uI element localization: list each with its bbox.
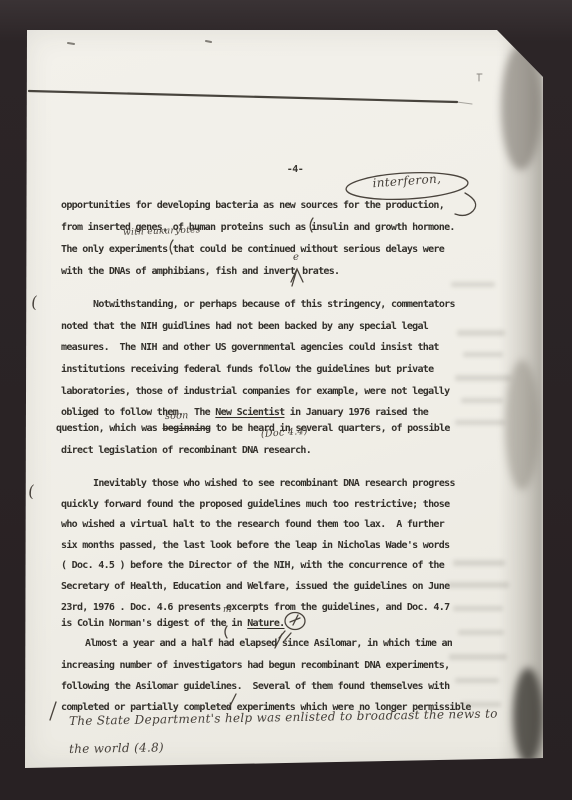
- annotation-soon: soon: [165, 410, 189, 422]
- struck-through-text: beginning: [162, 423, 210, 434]
- ghost-text-smear: [457, 330, 505, 336]
- typed-line: with the DNAs of amphibians, fish and in…: [61, 265, 339, 278]
- ghost-text-smear: [453, 560, 505, 566]
- faint-corner-mark: [477, 74, 482, 81]
- underlined-text: New Scientist: [215, 407, 284, 418]
- text-segment: question, which was: [56, 423, 162, 434]
- annotation-interferon: interferon,: [347, 170, 468, 192]
- ghost-text-smear: [453, 606, 503, 611]
- typed-line: Almost a year and a half had elapsed sin…: [85, 637, 452, 650]
- ghost-text-smear: [455, 678, 499, 683]
- toner-smudge-bottom: [513, 668, 543, 764]
- typed-line: laboratories, those of industrial compan…: [61, 385, 449, 398]
- typed-line: Secretary of Health, Education and Welfa…: [61, 580, 449, 593]
- ghost-text-smear: [451, 282, 495, 287]
- interferon-tail: [455, 193, 476, 215]
- dust-specks: [68, 41, 211, 44]
- ghost-text-smear: [455, 420, 505, 425]
- text-segment: institutions receiving federal funds fol…: [61, 364, 433, 375]
- text-segment: following the Asilomar guidelines. Sever…: [61, 681, 449, 692]
- typed-line: from inserted genes, of human proteins s…: [61, 221, 455, 234]
- typed-line: is Colin Norman's digest of the in Natur…: [61, 617, 284, 630]
- text-segment: from inserted genes, of human proteins s…: [61, 222, 455, 233]
- text-segment: 23rd, 1976 . Doc. 4.6 presents excerpts …: [61, 602, 449, 613]
- text-segment: Secretary of Health, Education and Welfa…: [61, 581, 449, 592]
- typed-line: direct legislation of recombinant DNA re…: [61, 444, 311, 457]
- ghost-text-smear: [461, 702, 501, 707]
- text-segment: in January 1976 raised the: [284, 407, 428, 418]
- annotation-doc-4-4: (Doc 4.4): [261, 426, 309, 440]
- text-segment: ( Doc. 4.5 ) before the Director of the …: [61, 560, 444, 571]
- ghost-text-smear: [461, 398, 503, 403]
- text-segment: increasing number of investigators had b…: [61, 660, 449, 671]
- margin-paren-2: (: [27, 481, 35, 501]
- text-segment: is Colin Norman's digest of the: [61, 618, 226, 629]
- text-segment: Notwithstanding, or perhaps because of t…: [93, 299, 455, 310]
- page-number: -4-: [277, 164, 313, 175]
- ghost-text-smear: [458, 630, 504, 635]
- circled-x-mark: [285, 613, 305, 630]
- annotation-with-eukaryotes: with eukaryotes: [123, 225, 201, 238]
- ghost-text-smear: [463, 352, 503, 357]
- text-segment: direct legislation of recombinant DNA re…: [61, 445, 311, 456]
- text-segment: obliged to follow them. The: [61, 407, 215, 418]
- margin-tick-bottom: [50, 702, 56, 720]
- margin-paren-1: (: [30, 292, 38, 312]
- text-segment: six months passed, the last look before …: [61, 540, 449, 551]
- scan-line-fade: [457, 102, 472, 104]
- annotation-inserted-e: e: [293, 252, 299, 263]
- typed-line: ( Doc. 4.5 ) before the Director of the …: [61, 559, 444, 572]
- text-segment: quickly forward found the proposed guide…: [61, 499, 449, 510]
- text-segment: Almost a year and a half had elapsed sin…: [85, 638, 452, 649]
- typed-line: noted that the NIH guidlines had not bee…: [61, 320, 428, 333]
- text-segment: The only experiments that could be conti…: [61, 244, 444, 255]
- annotation-state-department-line2: the world (4.8): [69, 740, 164, 756]
- text-segment: in: [226, 618, 247, 629]
- typed-line: who wished a virtual halt to the researc…: [61, 518, 444, 531]
- typed-line: quickly forward found the proposed guide…: [61, 498, 449, 511]
- text-segment: with the DNAs of amphibians, fish and in…: [61, 266, 295, 277]
- toner-smudge-middle: [505, 360, 539, 490]
- underlined-text: Nature.: [247, 618, 284, 629]
- text-segment: noted that the NIH guidlines had not bee…: [61, 321, 428, 332]
- typed-line: question, which was beginning to be hear…: [56, 422, 450, 435]
- text-segment: measures. The NIH and other US governmen…: [61, 342, 439, 353]
- photo-of-document: { "page": { "number": "-4-", "typed_line…: [0, 0, 572, 800]
- text-segment: who wished a virtual halt to the researc…: [61, 519, 444, 530]
- annotation-inserted-m: m: [223, 605, 232, 615]
- typed-line: 23rd, 1976 . Doc. 4.6 presents excerpts …: [61, 601, 449, 614]
- typed-line: Inevitably those who wished to see recom…: [93, 477, 455, 490]
- text-segment: brates.: [302, 266, 339, 277]
- text-segment: laboratories, those of industrial compan…: [61, 386, 449, 397]
- document-page: -4- opportunities for developing bacteri…: [25, 30, 543, 768]
- typed-line: opportunities for developing bacteria as…: [61, 199, 444, 212]
- text-segment: opportunities for developing bacteria as…: [61, 200, 444, 211]
- typed-line: six months passed, the last look before …: [61, 539, 449, 552]
- typed-line: The only experiments that could be conti…: [61, 243, 444, 256]
- typed-line: increasing number of investigators had b…: [61, 659, 449, 672]
- typed-line: following the Asilomar guidelines. Sever…: [61, 680, 449, 693]
- typed-line: Notwithstanding, or perhaps because of t…: [93, 298, 455, 311]
- text-segment: Inevitably those who wished to see recom…: [93, 478, 455, 489]
- typed-line: measures. The NIH and other US governmen…: [61, 341, 439, 354]
- toner-smudge-top: [501, 45, 541, 170]
- text-segment: to be heard in several quarters, of poss…: [210, 423, 449, 434]
- typed-line: institutions receiving federal funds fol…: [61, 363, 433, 376]
- scan-line-artifact: [29, 91, 457, 102]
- typed-line: obliged to follow them. The New Scientis…: [61, 406, 428, 419]
